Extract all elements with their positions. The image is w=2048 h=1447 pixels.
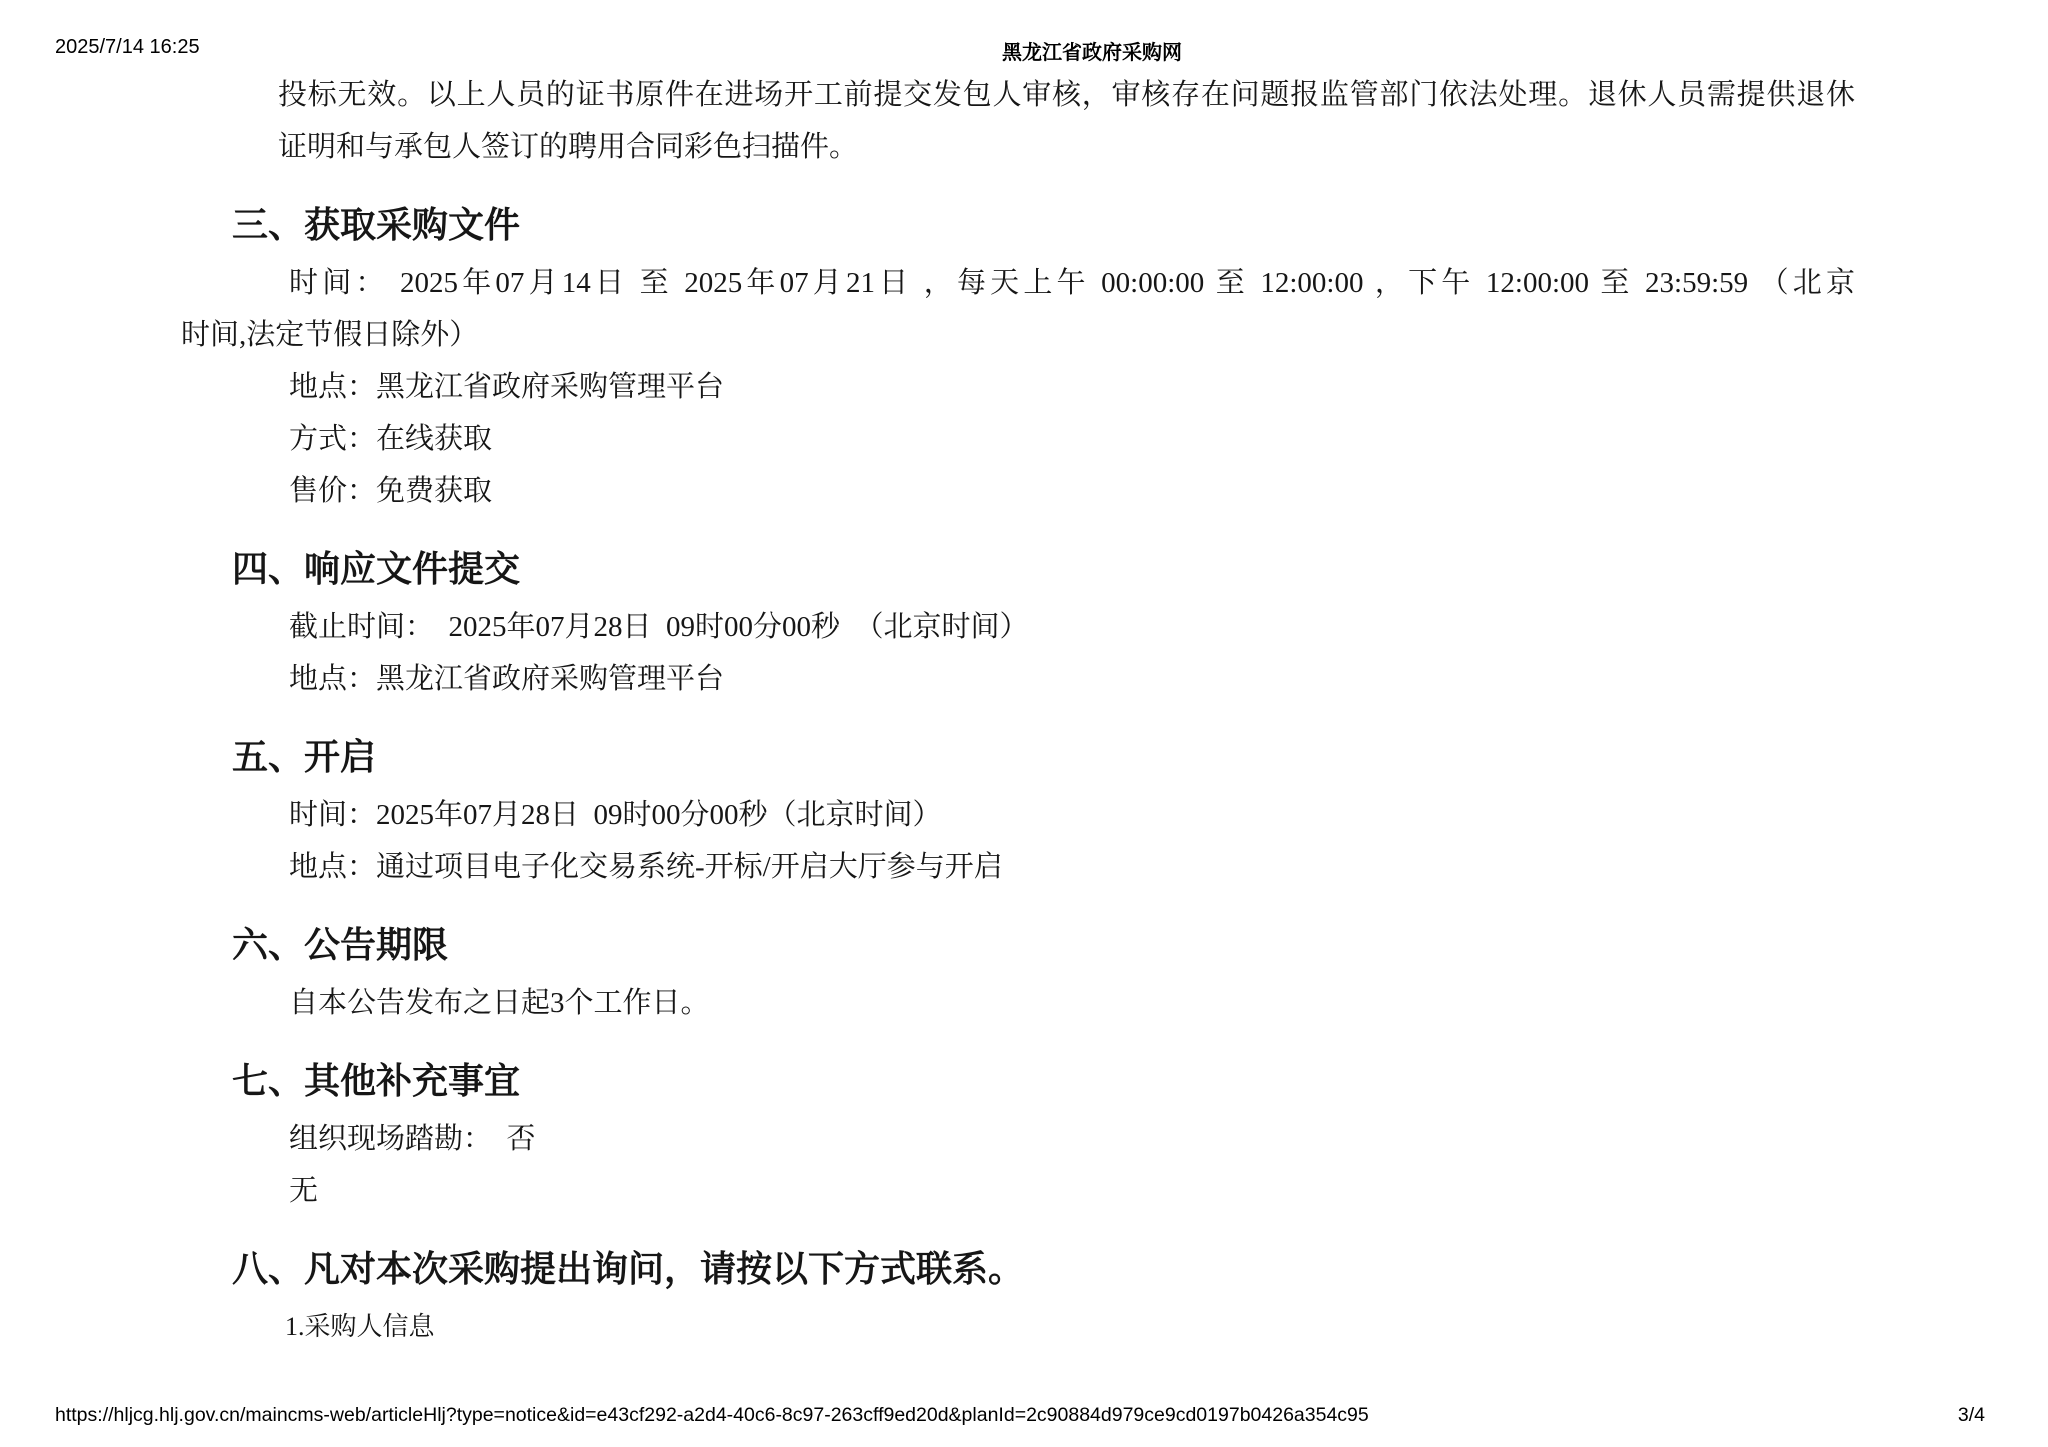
section-5-time: 时间：2025年07月28日 09时00分00秒（北京时间） (181, 789, 1855, 841)
print-footer: https://hljcg.hlj.gov.cn/maincms-web/art… (55, 1404, 1985, 1427)
section-heading-7: 七、其他补充事宜 (181, 1055, 1855, 1107)
print-header: 2025/7/14 16:25 黑龙江省政府采购网 (0, 36, 2048, 62)
section-3-price: 售价：免费获取 (181, 465, 1855, 517)
print-datetime: 2025/7/14 16:25 (55, 36, 200, 59)
section-3-location: 地点：黑龙江省政府采购管理平台 (181, 361, 1855, 413)
section-7-none: 无 (181, 1165, 1855, 1217)
section-6-duration: 自本公告发布之日起3个工作日。 (181, 977, 1855, 1029)
section-heading-4: 四、响应文件提交 (181, 543, 1855, 595)
notice-continuation-paragraph: 投标无效。以上人员的证书原件在进场开工前提交发包人审核，审核存在问题报监管部门依… (181, 69, 1855, 173)
section-heading-6: 六、公告期限 (181, 919, 1855, 971)
section-4-deadline: 截止时间： 2025年07月28日 09时00分00秒 （北京时间） (181, 601, 1855, 653)
page-number: 3/4 (1958, 1404, 1985, 1427)
section-4-location: 地点：黑龙江省政府采购管理平台 (181, 653, 1855, 705)
section-heading-5: 五、开启 (181, 731, 1855, 783)
section-heading-8: 八、凡对本次采购提出询问，请按以下方式联系。 (181, 1243, 1855, 1295)
section-8-purchaser-info-label: 1.采购人信息 (181, 1301, 1855, 1353)
document-body: 投标无效。以上人员的证书原件在进场开工前提交发包人审核，审核存在问题报监管部门依… (181, 69, 1855, 1353)
time-line-continuation: 时间,法定节假日除外） (181, 309, 1855, 361)
site-title: 黑龙江省政府采购网 (1002, 36, 1182, 65)
section-3-method: 方式：在线获取 (181, 413, 1855, 465)
paragraph-line: 投标无效。以上人员的证书原件在进场开工前提交发包人审核，审核存在问题报监管部门依… (278, 69, 1855, 121)
section-heading-3: 三、获取采购文件 (181, 199, 1855, 251)
time-line: 时间： 2025年07月14日 至 2025年07月21日 ，每天上午 00:0… (181, 257, 1855, 309)
paragraph-line: 证明和与承包人签订的聘用合同彩色扫描件。 (278, 121, 1855, 173)
section-3-time-paragraph: 时间： 2025年07月14日 至 2025年07月21日 ，每天上午 00:0… (181, 257, 1855, 361)
section-7-site-survey: 组织现场踏勘： 否 (181, 1113, 1855, 1165)
section-5-location: 地点：通过项目电子化交易系统-开标/开启大厅参与开启 (181, 841, 1855, 893)
print-source-url: https://hljcg.hlj.gov.cn/maincms-web/art… (55, 1404, 1369, 1427)
